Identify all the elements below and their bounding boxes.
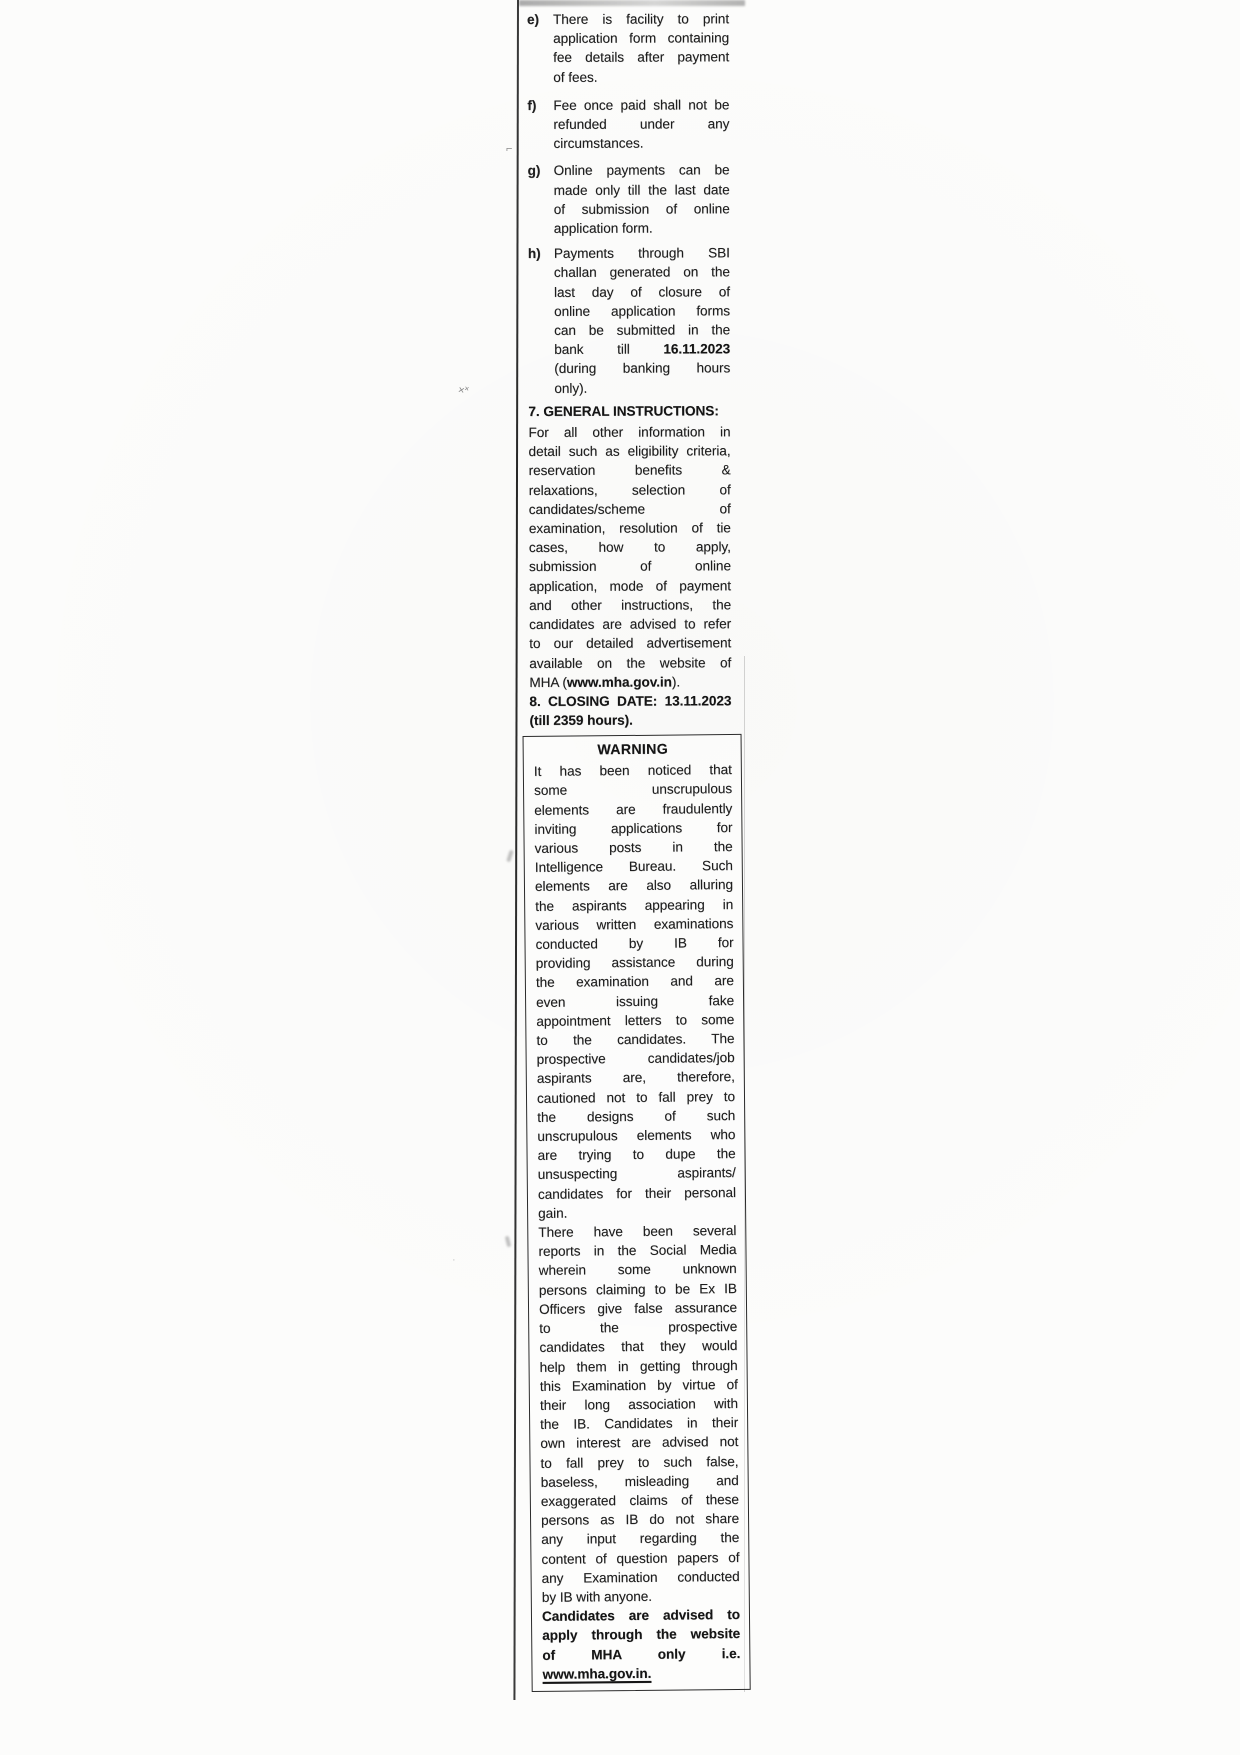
text-line: MHA (www.mha.gov.in). bbox=[529, 672, 731, 692]
text-line: by IB with anyone. bbox=[542, 1586, 740, 1607]
text-line: aspirants are, therefore, bbox=[537, 1068, 735, 1089]
text-line: Online payments can be bbox=[554, 161, 730, 181]
list-item-f: f) Fee once paid shall not berefunded un… bbox=[527, 95, 729, 153]
text-line: 8. CLOSING DATE: 13.11.2023 bbox=[529, 691, 731, 711]
text-line: fee details after payment bbox=[553, 48, 729, 68]
text-line: to fall prey to such false, bbox=[540, 1452, 738, 1473]
text-line: persons as IB do not share bbox=[541, 1509, 739, 1530]
text-line: of submission of online bbox=[554, 199, 730, 219]
warning-title: WARNING bbox=[534, 740, 732, 761]
text-line: can be submitted in the bbox=[554, 320, 730, 340]
text-line: their long association with bbox=[540, 1394, 738, 1415]
text-line: the examination and are bbox=[536, 972, 734, 993]
text-line: (till 2359 hours). bbox=[529, 710, 731, 730]
text-line: reservation benefits & bbox=[529, 461, 731, 481]
list-item-label: e) bbox=[527, 10, 539, 29]
text-line: submission of online bbox=[529, 557, 731, 577]
text-line: Fee once paid shall not be bbox=[553, 95, 729, 115]
text-line: the aspirants appearing in bbox=[535, 895, 733, 916]
text-line: unscrupulous elements who bbox=[537, 1125, 735, 1146]
text-line: reports in the Social Media bbox=[538, 1241, 736, 1262]
text-line: various written examinations bbox=[535, 914, 733, 935]
text-line: even issuing fake bbox=[536, 991, 734, 1012]
text-line: made only till the last date bbox=[554, 180, 730, 200]
text-line: cautioned not to fall prey to bbox=[537, 1087, 735, 1108]
list-item-h: h) Payments through SBIchallan generated… bbox=[528, 244, 731, 398]
text-line: providing assistance during bbox=[536, 953, 734, 974]
text-line: elements are also alluring bbox=[535, 876, 733, 897]
text-line: detail such as eligibility criteria, bbox=[529, 442, 731, 462]
scan-artifact-smudge bbox=[506, 850, 514, 863]
text-line: wherein some unknown bbox=[539, 1260, 737, 1281]
text-line: persons claiming to be Ex IB bbox=[539, 1279, 737, 1300]
text-line: There is facility to print bbox=[553, 9, 729, 29]
text-line: exaggerated claims of these bbox=[541, 1490, 739, 1511]
warning-paragraph-3: Candidates are advised toapply through t… bbox=[542, 1605, 741, 1684]
text-line: examination, resolution of tie bbox=[529, 518, 731, 538]
section-7-paragraph: For all other information indetail such … bbox=[528, 422, 731, 692]
text-line: last day of closure of bbox=[554, 282, 730, 302]
list-item-label: f) bbox=[527, 96, 536, 115]
text-line: and other instructions, the bbox=[529, 595, 731, 615]
text-line: own interest are advised not bbox=[540, 1433, 738, 1454]
text-line: appointment letters to some bbox=[536, 1010, 734, 1031]
text-line: candidates that they would bbox=[539, 1337, 737, 1358]
section-8-closing-date: 8. CLOSING DATE: 13.11.2023(till 2359 ho… bbox=[529, 691, 731, 730]
text-line: help them in getting through bbox=[540, 1356, 738, 1377]
text-line: unsuspecting aspirants/ bbox=[538, 1164, 736, 1185]
text-line: candidates/scheme of bbox=[529, 499, 731, 519]
scan-artifact-mark: ⌐ bbox=[506, 144, 512, 154]
text-line: refunded under any bbox=[553, 114, 729, 134]
text-line: to our detailed advertisement bbox=[529, 634, 731, 654]
text-line: Intelligence Bureau. Such bbox=[535, 857, 733, 878]
warning-paragraph-2: There have been severalreports in the So… bbox=[538, 1221, 740, 1607]
text-line: online application forms bbox=[554, 301, 730, 321]
scan-artifact-top-smudge bbox=[519, 0, 745, 6]
text-line: Candidates are advised to bbox=[542, 1605, 740, 1626]
text-line: application form. bbox=[554, 218, 730, 238]
text-line: only). bbox=[554, 378, 730, 398]
text-line: any input regarding the bbox=[541, 1529, 739, 1550]
text-line: conducted by IB for bbox=[535, 933, 733, 954]
scan-artifact-mark: · bbox=[452, 1255, 456, 1265]
text-line: are trying to dupe the bbox=[537, 1145, 735, 1166]
text-line: It has been noticed that bbox=[534, 761, 732, 782]
text-line: this Examination by virtue of bbox=[540, 1375, 738, 1396]
text-line: available on the website of bbox=[529, 653, 731, 673]
text-line: baseless, misleading and bbox=[541, 1471, 739, 1492]
text-line: apply through the website bbox=[542, 1625, 740, 1646]
notice-text-column: e) There is facility to printapplication… bbox=[527, 9, 735, 1692]
text-line: elements are fraudulently bbox=[534, 799, 732, 820]
text-line: application form containing bbox=[553, 28, 729, 48]
text-line: www.mha.gov.in. bbox=[542, 1663, 740, 1684]
text-line: cases, how to apply, bbox=[529, 538, 731, 558]
text-line: Officers give false assurance bbox=[539, 1298, 737, 1319]
text-line: to the candidates. The bbox=[536, 1029, 734, 1050]
list-item-g: g) Online payments can bemade only till … bbox=[528, 161, 730, 239]
text-line: the IB. Candidates in their bbox=[540, 1413, 738, 1434]
text-line: bank till 16.11.2023 bbox=[554, 340, 730, 360]
text-line: There have been several bbox=[538, 1221, 736, 1242]
column-divider-rule bbox=[513, 0, 519, 1700]
text-line: candidates for their personal bbox=[538, 1183, 736, 1204]
text-line: circumstances. bbox=[553, 134, 729, 154]
scanned-document-page: ×˟ ⌐ · e) There is facility to printappl… bbox=[0, 0, 1240, 1755]
list-item-text: Fee once paid shall not berefunded under… bbox=[553, 95, 729, 153]
text-line: some unscrupulous bbox=[534, 780, 732, 801]
scan-artifact-mark: ×˟ bbox=[457, 385, 469, 397]
scan-artifact-smudge bbox=[505, 1236, 512, 1248]
text-line: content of question papers of bbox=[541, 1548, 739, 1569]
text-line: the designs of such bbox=[537, 1106, 735, 1127]
text-line: For all other information in bbox=[528, 422, 730, 442]
text-line: application, mode of payment bbox=[529, 576, 731, 596]
text-line: candidates are advised to refer bbox=[529, 614, 731, 634]
text-line: Payments through SBI bbox=[554, 244, 730, 264]
text-line: various posts in the bbox=[535, 837, 733, 858]
text-line: of MHA only i.e. bbox=[542, 1644, 740, 1665]
list-item-label: g) bbox=[528, 161, 541, 180]
text-line: gain. bbox=[538, 1202, 736, 1223]
text-line: relaxations, selection of bbox=[529, 480, 731, 500]
list-item-e: e) There is facility to printapplication… bbox=[527, 9, 729, 87]
text-line: of fees. bbox=[553, 67, 729, 87]
warning-box: WARNING It has been noticed thatsome uns… bbox=[523, 734, 751, 1692]
text-line: to the prospective bbox=[539, 1317, 737, 1338]
text-line: challan generated on the bbox=[554, 263, 730, 283]
list-item-text: Payments through SBIchallan generated on… bbox=[554, 244, 731, 398]
text-line: (during banking hours bbox=[554, 359, 730, 379]
text-line: any Examination conducted bbox=[542, 1567, 740, 1588]
list-item-text: Online payments can bemade only till the… bbox=[554, 161, 730, 238]
list-item-text: There is facility to printapplication fo… bbox=[553, 9, 729, 86]
list-item-label: h) bbox=[528, 244, 541, 263]
text-line: inviting applications for bbox=[534, 818, 732, 839]
section-7-heading: 7. GENERAL INSTRUCTIONS: bbox=[528, 401, 730, 421]
text-line: prospective candidates/job bbox=[537, 1049, 735, 1070]
warning-paragraph-1: It has been noticed thatsome unscrupulou… bbox=[534, 761, 736, 1224]
